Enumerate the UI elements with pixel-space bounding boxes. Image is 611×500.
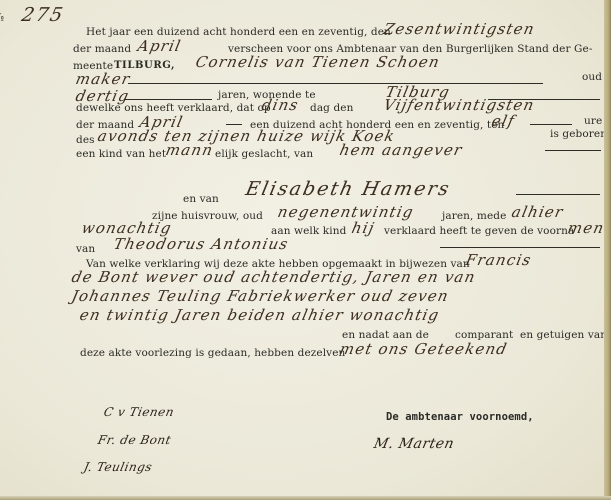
hw-signed-clause: met ons Geteekend — [338, 340, 509, 358]
page-edge-bottom — [0, 496, 611, 500]
official-label: De ambtenaar voornoemd, — [386, 411, 534, 423]
blank-rule — [530, 124, 572, 125]
blank-rule — [516, 194, 600, 195]
record-number-prefix: № — [0, 12, 4, 24]
printed-line-9a: een kind van het — [76, 148, 166, 160]
hw-mother-age: negenentwintig — [276, 203, 416, 221]
hw-witness-line-3: Johannes Teuling Fabriekwerker oud zeven — [70, 287, 451, 305]
hw-witness-line-2: de Bont wever oud achtendertig, Jaren en… — [70, 268, 477, 286]
hw-witness-line-1: Francis — [464, 251, 533, 269]
hw-witness-line-4: en twintig Jaren beiden alhier wonachtig — [78, 306, 441, 324]
blank-rule — [124, 99, 212, 100]
register-page: № 275 Het jaar een duizend acht honderd … — [0, 0, 604, 496]
printed-line-10a: en van — [183, 193, 219, 205]
printed-line-12b: verklaard heeft te geven de voorna — [384, 225, 574, 237]
printed-line-7c: ure — [584, 115, 602, 127]
record-number: 275 — [20, 4, 67, 26]
hw-declarant-name: Cornelis van Tienen Schoen — [194, 53, 442, 71]
signature-witness-2: J. Teulings — [83, 460, 154, 474]
hw-birth-hour: elf — [490, 112, 517, 130]
printed-line-8a: des — [76, 134, 95, 146]
printed-line-18c: en getuigen van — [520, 329, 607, 341]
hw-sex: mann — [164, 141, 215, 159]
printed-line-1: Het jaar een duizend acht honderd een en… — [86, 26, 391, 38]
printed-line-4-end: oud — [582, 71, 602, 83]
printed-line-11b: jaren, mede — [442, 210, 506, 222]
blank-rule — [226, 124, 242, 125]
hw-child-names: Theodorus Antonius — [112, 235, 290, 253]
hw-registration-day: Zesentwintigsten — [382, 20, 537, 38]
blank-rule — [128, 83, 543, 84]
hw-occupation: maker — [74, 70, 132, 88]
hw-declared-by: hij — [350, 219, 377, 237]
signature-witness-1: Fr. de Bont — [97, 433, 173, 447]
blank-rule — [545, 150, 601, 151]
blank-rule — [440, 247, 600, 248]
printed-line-6b: dag den — [310, 102, 353, 114]
hw-weekday: dins — [260, 96, 300, 114]
signature-declarant: C v Tienen — [103, 405, 176, 419]
printed-line-8b: is geboren — [550, 128, 607, 140]
hw-mother-name: Elisabeth Hamers — [244, 178, 453, 200]
printed-line-13a: van — [76, 243, 95, 255]
hw-registration-month: April — [136, 37, 183, 55]
hw-name-suffix: men — [566, 219, 606, 237]
hw-mother-residence-a: alhier — [510, 203, 565, 221]
signature-official: M. Marten — [372, 436, 455, 452]
hw-father: hem aangever — [338, 141, 464, 159]
printed-line-19a: deze akte voorlezing is gedaan, hebben d… — [80, 347, 345, 359]
printed-line-2a: der maand — [73, 43, 131, 55]
printed-line-9b: elijk geslacht, van — [215, 148, 313, 160]
page-edge-right — [604, 0, 611, 500]
